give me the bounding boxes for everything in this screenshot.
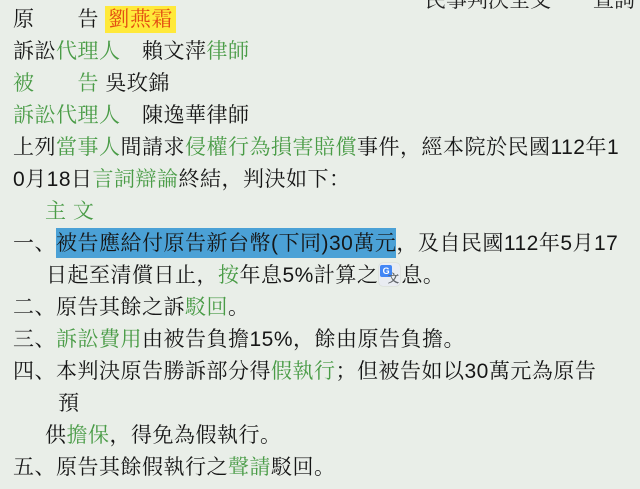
text-line: 二、原告其餘之訴駁回。	[0, 292, 640, 324]
text-run: 上列	[13, 136, 56, 159]
google-translate-icon[interactable]: G文	[379, 263, 400, 286]
text-run: ，及自民國112年5月17	[396, 232, 618, 255]
text-run: 間請求	[121, 136, 186, 159]
text-run: 息。	[401, 264, 444, 287]
text-run: 由被告負擔15%，餘由原告負擔。	[142, 328, 465, 351]
legal-term-green: 言詞辯論	[93, 168, 179, 191]
legal-term-green: 代理人	[56, 40, 121, 63]
text-line: 訴訟代理人 陳逸華律師	[0, 100, 640, 132]
text-run: 終結，判決如下：	[179, 168, 351, 191]
text-line: 供擔保，得免為假執行。	[0, 420, 640, 452]
text-run: 駁回。	[271, 456, 336, 479]
legal-term-green: 擔保	[67, 424, 110, 447]
text-run: 二、原告其餘之訴	[13, 296, 185, 319]
legal-term-green: 按	[218, 264, 240, 287]
legal-term-green: 侵權行為損害賠償	[185, 136, 357, 159]
legal-term-green: 駁回	[185, 296, 228, 319]
text-run: 0月18日	[13, 168, 93, 191]
text-run: 日起至清償日止，	[46, 264, 218, 287]
text-run: 供	[45, 424, 67, 447]
legal-term-green: 訴訟代理人	[13, 104, 121, 127]
text-line: 日起至清償日止，按年息5%計算之G文息。	[0, 260, 640, 292]
text-line: 訴訟代理人 賴文萍律師	[0, 36, 640, 68]
text-run: 訴訟	[13, 40, 56, 63]
text-run: 一、	[13, 232, 56, 255]
text-run: ；但被告如以30萬元為原告	[336, 360, 597, 383]
text-run: ，得免為假執行。	[110, 424, 282, 447]
text-line: 三、訴訟費用由被告負擔15%，餘由原告負擔。	[0, 324, 640, 356]
text-line: 預	[0, 388, 640, 420]
text-line: 主 文	[0, 196, 640, 228]
legal-term-green: 當事人	[56, 136, 121, 159]
text-run: 陳逸華律師	[121, 104, 250, 127]
document-body: 原 告 劉燕霜訴訟代理人 賴文萍律師被 告 吳玫錦訴訟代理人 陳逸華律師上列當事…	[0, 0, 640, 484]
text-run: 吳玫錦	[99, 72, 170, 95]
legal-term-green: 律師	[207, 40, 250, 63]
text-line: 上列當事人間請求侵權行為損害賠償事件，經本院於民國112年1	[0, 132, 640, 164]
legal-term-green: 假執行	[271, 360, 336, 383]
highlighted-name: 劉燕霜	[105, 6, 176, 33]
text-line: 被 告 吳玫錦	[0, 68, 640, 100]
text-run: 五、原告其餘假執行之	[13, 456, 228, 479]
text-line: 原 告 劉燕霜	[0, 4, 640, 36]
text-line: 一、被告應給付原告新台幣(下同)30萬元，及自民國112年5月17	[0, 228, 640, 260]
text-run: 事件，經本院於民國112年1	[357, 136, 619, 159]
translate-glyph: 文	[388, 274, 400, 285]
legal-term-green: 被 告	[13, 72, 99, 95]
text-line: 四、本判決原告勝訴部分得假執行；但被告如以30萬元為原告	[0, 356, 640, 388]
legal-term-green: 聲請	[228, 456, 271, 479]
text-run: 原 告	[13, 8, 105, 31]
text-run: 賴文萍	[121, 40, 207, 63]
judgment-page: 民事判決全文 查詢 原 告 劉燕霜訴訟代理人 賴文萍律師被 告 吳玫錦訴訟代理人…	[0, 0, 640, 489]
text-run: 年息5%計算之	[240, 264, 379, 287]
selected-text: 被告應給付原告新台幣(下同)30萬元	[56, 228, 396, 258]
text-run: 四、本判決原告勝訴部分得	[13, 360, 271, 383]
text-line: 五、原告其餘假執行之聲請駁回。	[0, 452, 640, 484]
text-run: 。	[228, 296, 250, 319]
legal-term-green: 訴訟費用	[56, 328, 142, 351]
text-run: 三、	[13, 328, 56, 351]
legal-term-green: 主 文	[45, 200, 94, 223]
text-line: 0月18日言詞辯論終結，判決如下：	[0, 164, 640, 196]
text-run: 預	[58, 392, 80, 415]
